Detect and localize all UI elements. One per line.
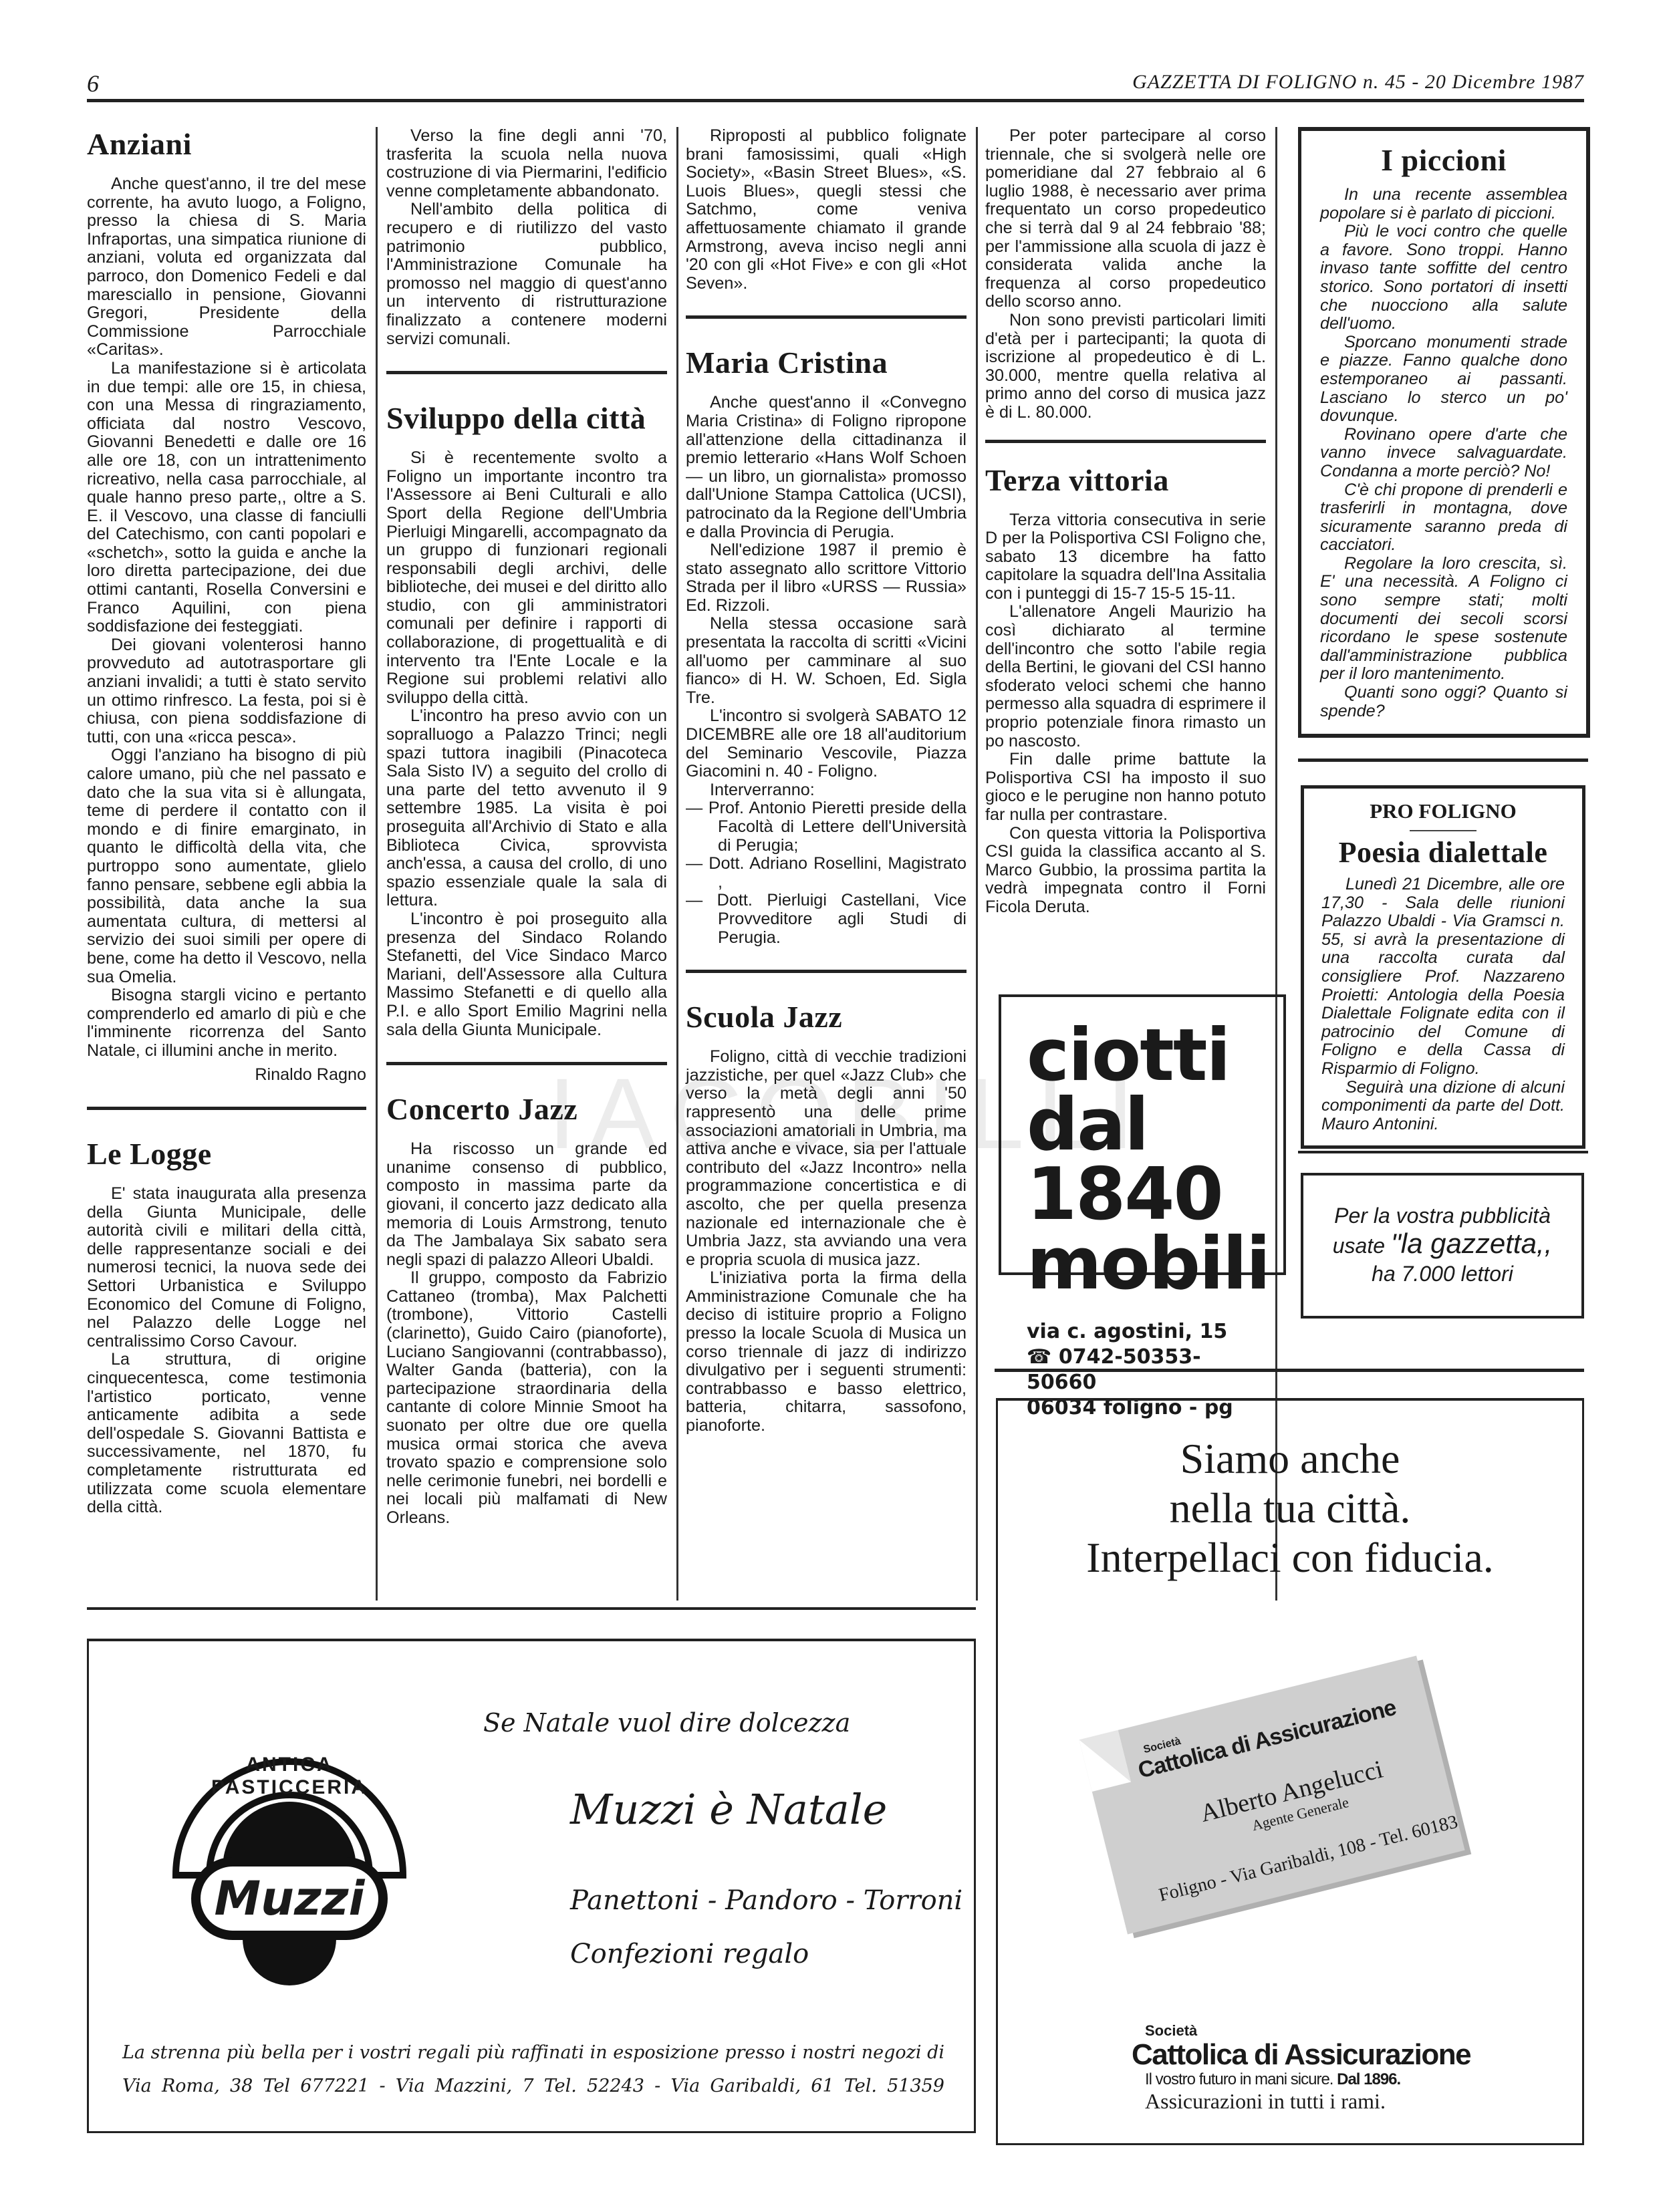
ad-gazzetta: Per la vostra pubblicità usate "la gazze…	[1301, 1173, 1584, 1319]
paragraph: Foligno, città di vecchie tradizioni jaz…	[686, 1048, 967, 1269]
column-divider	[376, 127, 378, 1601]
paragraph: C'è chi propone di prenderli e trasferir…	[1320, 481, 1567, 555]
byline: Rinaldo Ragno	[87, 1066, 366, 1085]
column-4: Per poter partecipare al corso triennale…	[985, 127, 1266, 917]
column-divider	[976, 127, 978, 1601]
box-i-piccioni: I piccioni In una recente assemblea popo…	[1298, 127, 1590, 738]
brand-name: Cattolica di Assicurazione	[1132, 2040, 1470, 2070]
slogan-text: Il vostro futuro in mani sicure.	[1145, 2070, 1333, 2088]
box-pro-foligno: PRO FOLIGNO Poesia dialettale Lunedì 21 …	[1301, 785, 1585, 1149]
telephone-icon: ☎	[1027, 1345, 1051, 1369]
column-2: Verso la fine degli anni '70, trasferita…	[386, 127, 667, 1528]
paragraph: Dei giovani volenterosi hanno provveduto…	[87, 636, 366, 747]
section-rule	[87, 1607, 976, 1610]
muzzi-arc-text: ANTICA PASTICCERIA	[176, 1754, 403, 1799]
section-rule	[1298, 758, 1588, 762]
ad-muzzi-pasticceria: ANTICA PASTICCERIA Muzzi Se Natale vuol …	[87, 1639, 976, 2133]
speaker-item: — Dott. Adriano Rosellini, Magistrato ,	[686, 855, 967, 891]
paragraph: Nell'ambito della politica di recupero e…	[386, 200, 667, 348]
column-1: Anziani Anche quest'anno, il tre del mes…	[87, 127, 366, 1517]
paragraph: Fin dalle prime battute la Polisportiva …	[985, 750, 1266, 824]
section-rule	[1298, 1151, 1588, 1153]
paragraph: Oggi l'anziano ha bisogno di più calore …	[87, 746, 366, 986]
paragraph: L'iniziativa porta la firma della Ammini…	[686, 1269, 967, 1435]
headline-line: Interpellaci con fiducia.	[998, 1533, 1582, 1582]
headline-line: Siamo anche	[998, 1434, 1582, 1484]
paragraph: Regolare la loro crescita, sì. E' una ne…	[1320, 555, 1567, 684]
section-rule	[995, 1369, 1584, 1372]
paragraph: Rovinano opere d'arte che vanno invece s…	[1320, 426, 1567, 481]
kicker-rule	[1410, 830, 1476, 831]
kicker-pro-foligno: PRO FOLIGNO	[1321, 799, 1565, 823]
logo-line: mobili	[1027, 1230, 1270, 1299]
paragraph: Anche quest'anno il «Convegno Maria Cris…	[686, 394, 967, 541]
card-fold-corner	[1079, 1730, 1131, 1792]
headline-concerto-jazz: Concerto Jazz	[386, 1092, 667, 1127]
logo-line: ciotti	[1027, 1021, 1270, 1091]
paragraph: Interverranno:	[686, 781, 967, 800]
paragraph: L'incontro è poi proseguito alla presenz…	[386, 910, 667, 1039]
headline-terza-vittoria: Terza vittoria	[985, 463, 1266, 498]
headline-poesia-dialettale: Poesia dialettale	[1321, 835, 1565, 870]
paragraph: Nell'edizione 1987 il premio è stato ass…	[686, 541, 967, 615]
ad-cattolica-assicurazione: Siamo anche nella tua città. Interpellac…	[996, 1398, 1584, 2145]
column-3: Riproposti al pubblico folignate brani f…	[686, 127, 967, 1435]
cattolica-headline: Siamo anche nella tua città. Interpellac…	[998, 1434, 1582, 1582]
paragraph: In una recente assemblea popolare si è p…	[1320, 186, 1567, 223]
paragraph: Non sono previsti particolari limiti d'e…	[985, 311, 1266, 422]
muzzi-tagline: Se Natale vuol dire dolcezza	[483, 1708, 850, 1738]
section-rule	[386, 1062, 667, 1065]
section-rule	[87, 1107, 366, 1110]
muzzi-gifts: Confezioni regalo	[570, 1939, 809, 1969]
paragraph: Riproposti al pubblico folignate brani f…	[686, 127, 967, 293]
paragraph: La struttura, di origine cinquecentesca,…	[87, 1351, 366, 1516]
page-number: 6	[87, 70, 99, 98]
paragraph: L'incontro si svolgerà SABATO 12 DICEMBR…	[686, 707, 967, 781]
masthead: GAZZETTA DI FOLIGNO n. 45 - 20 Dicembre …	[1132, 71, 1584, 94]
headline-scuola-jazz: Scuola Jazz	[686, 1000, 967, 1034]
paragraph: Sporcano monumenti strade e piazze. Fann…	[1320, 333, 1567, 426]
ciotti-logo: ciotti dal 1840 mobili	[1027, 1021, 1270, 1299]
paragraph: Verso la fine degli anni '70, trasferita…	[386, 127, 667, 200]
brand-small: Società	[1145, 2022, 1470, 2040]
section-rule	[686, 315, 967, 319]
muzzi-products: Panettoni - Pandoro - Torroni	[570, 1885, 962, 1916]
headline-maria-cristina: Maria Cristina	[686, 345, 967, 380]
ad-ciotti-mobili: ciotti dal 1840 mobili via c. agostini, …	[999, 994, 1286, 1275]
gazzetta-usate: usate	[1333, 1234, 1385, 1258]
headline-anziani: Anziani	[87, 127, 366, 162]
muzzi-footer-2: Via Roma, 38 Tel 677221 - Via Mazzini, 7…	[122, 2076, 944, 2096]
paragraph: Bisogna stargli vicino e pertanto compre…	[87, 986, 366, 1060]
muzzi-logo: ANTICA PASTICCERIA Muzzi	[149, 1708, 430, 1989]
running-head: 6 GAZZETTA DI FOLIGNO n. 45 - 20 Dicembr…	[87, 67, 1584, 102]
cattolica-brand-block: Società Cattolica di Assicurazione Il vo…	[1132, 2022, 1470, 2114]
paragraph: Terza vittoria consecutiva in serie D pe…	[985, 511, 1266, 603]
paragraph: L'allenatore Angeli Maurizio ha così dic…	[985, 603, 1266, 750]
paragraph: L'incontro ha preso avvio con un soprall…	[386, 707, 667, 910]
speaker-item: — Dott. Pierluigi Castellani, Vice Provv…	[686, 891, 967, 947]
brand-slogan: Il vostro futuro in mani sicure. Dal 189…	[1145, 2070, 1470, 2089]
since-text: Dal 1896.	[1337, 2070, 1400, 2088]
paragraph: Lunedì 21 Dicembre, alle ore 17,30 - Sal…	[1321, 875, 1565, 1079]
paragraph: Quanti sono oggi? Quanto si spende?	[1320, 684, 1567, 720]
paragraph: Anche quest'anno, il tre del mese corren…	[87, 175, 366, 360]
gazzetta-line2: usate "la gazzetta,,	[1303, 1229, 1581, 1260]
speaker-item: — Prof. Antonio Pieretti preside della F…	[686, 799, 967, 855]
muzzi-badge-icon	[149, 1708, 430, 1989]
brand-tagline: Assicurazioni in tutti i rami.	[1145, 2089, 1470, 2114]
paragraph: Seguirà una dizione di alcuni componimen…	[1321, 1079, 1565, 1134]
paragraph: Ha riscosso un grande ed unanime consens…	[386, 1140, 667, 1269]
headline-line: nella tua città.	[998, 1484, 1582, 1533]
muzzi-logo-name: Muzzi	[196, 1872, 383, 1925]
column-divider	[1275, 127, 1277, 1601]
section-rule	[985, 440, 1266, 443]
muzzi-headline: Muzzi è Natale	[570, 1785, 887, 1834]
muzzi-footer-1: La strenna più bella per i vostri regali…	[122, 2042, 944, 2063]
headline-sviluppo: Sviluppo della città	[386, 401, 667, 436]
paragraph: Nella stessa occasione sarà presentata l…	[686, 615, 967, 707]
paragraph: Il gruppo, composto da Fabrizio Cattaneo…	[386, 1269, 667, 1527]
business-card: Società Cattolica di Assicurazione Alber…	[1079, 1656, 1464, 1935]
headline-le-logge: Le Logge	[87, 1137, 366, 1171]
ciotti-address: via c. agostini, 15	[1027, 1319, 1270, 1345]
column-divider	[676, 127, 678, 1601]
paragraph: Con questa vittoria la Polisportiva CSI …	[985, 825, 1266, 917]
paragraph: Si è recentemente svolto a Foligno un im…	[386, 449, 667, 707]
paragraph: Più le voci contro che quelle a favore. …	[1320, 223, 1567, 333]
gazzetta-line1: Per la vostra pubblicità	[1303, 1202, 1581, 1229]
paragraph: La manifestazione si è articolata in due…	[87, 360, 366, 636]
section-rule	[686, 970, 967, 973]
card-address: Foligno - Via Garibaldi, 108 - Tel. 6018…	[1157, 1812, 1460, 1907]
gazzetta-brand: "la gazzetta,,	[1391, 1228, 1552, 1259]
headline-i-piccioni: I piccioni	[1320, 143, 1567, 178]
gazzetta-line3: ha 7.000 lettori	[1303, 1260, 1581, 1287]
logo-line: dal 1840	[1027, 1091, 1270, 1230]
section-rule	[386, 371, 667, 374]
paragraph: E' stata inaugurata alla presenza della …	[87, 1185, 366, 1351]
paragraph: Per poter partecipare al corso triennale…	[985, 127, 1266, 311]
